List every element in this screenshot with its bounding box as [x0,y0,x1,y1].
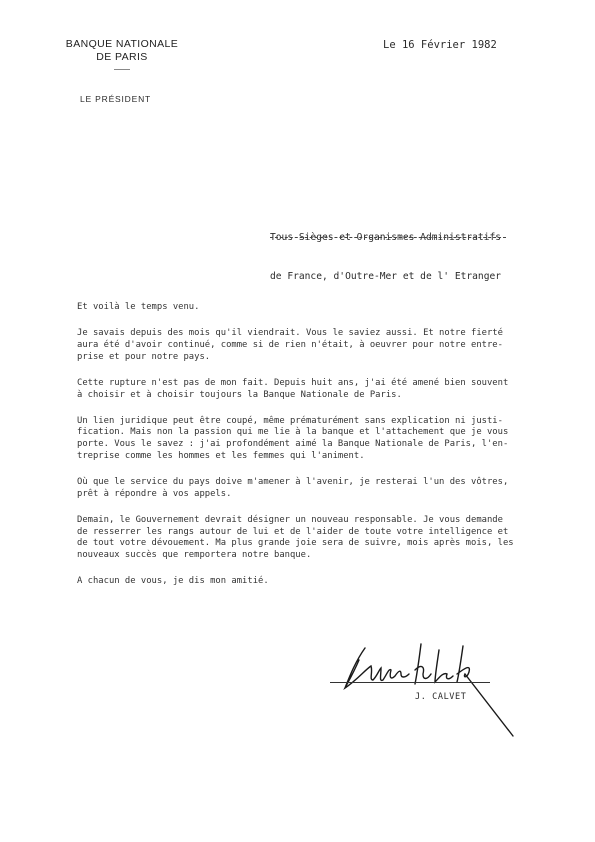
paragraph-line: treprise comme les hommes et les femmes … [77,451,547,463]
paragraph-line: Où que le service du pays doive m'amener… [77,477,547,489]
paragraph-line: de resserrer les rangs autour de lui et … [77,527,547,539]
sender-title: LE PRÉSIDENT [80,94,151,104]
letterhead-rule [114,69,130,70]
paragraph-line: Je savais depuis des mois qu'il viendrai… [77,328,547,340]
paragraph-line: Un lien juridique peut être coupé, même … [77,416,547,428]
signature-icon [335,640,525,740]
letterhead: BANQUE NATIONALE DE PARIS [52,38,192,70]
paragraph: Cette rupture n'est pas de mon fait. Dep… [77,378,547,401]
recipient-line2: de France, d'Outre-Mer et de l' Etranger [270,270,501,283]
letter-date: Le 16 Février 1982 [383,39,497,51]
paragraph-line: prêt à répondre à vos appels. [77,489,547,501]
letter-body: Et voilà le temps venu.Je savais depuis … [77,302,547,602]
paragraph-line: Et voilà le temps venu. [77,302,547,314]
paragraph: Demain, le Gouvernement devrait désigner… [77,515,547,562]
paragraph: A chacun de vous, je dis mon amitié. [77,576,547,588]
signature-line [330,682,490,683]
paragraph-line: porte. Vous le savez : j'ai profondément… [77,439,547,451]
paragraph-line: prise et pour notre pays. [77,352,547,364]
paragraph-line: à choisir et à choisir toujours la Banqu… [77,390,547,402]
paragraph: Je savais depuis des mois qu'il viendrai… [77,328,547,363]
paragraph: Et voilà le temps venu. [77,302,547,314]
signer-name: J. CALVET [415,692,466,702]
recipient-underline [270,237,506,238]
paragraph-line: fication. Mais non la passion qui me lie… [77,427,547,439]
paragraph: Où que le service du pays doive m'amener… [77,477,547,500]
paragraph: Un lien juridique peut être coupé, même … [77,416,547,463]
paragraph-line: aura été d'avoir continué, comme si de r… [77,340,547,352]
paragraph-line: de tout votre dévouement. Ma plus grande… [77,538,547,550]
bank-name-line1: BANQUE NATIONALE [52,38,192,51]
paragraph-line: A chacun de vous, je dis mon amitié. [77,576,547,588]
recipient-block: Tous Sièges et Organismes Administratifs… [270,205,501,296]
paragraph-line: Demain, le Gouvernement devrait désigner… [77,515,547,527]
bank-name-line2: DE PARIS [52,51,192,64]
paragraph-line: Cette rupture n'est pas de mon fait. Dep… [77,378,547,390]
paragraph-line: nouveaux succès que remportera notre ban… [77,550,547,562]
